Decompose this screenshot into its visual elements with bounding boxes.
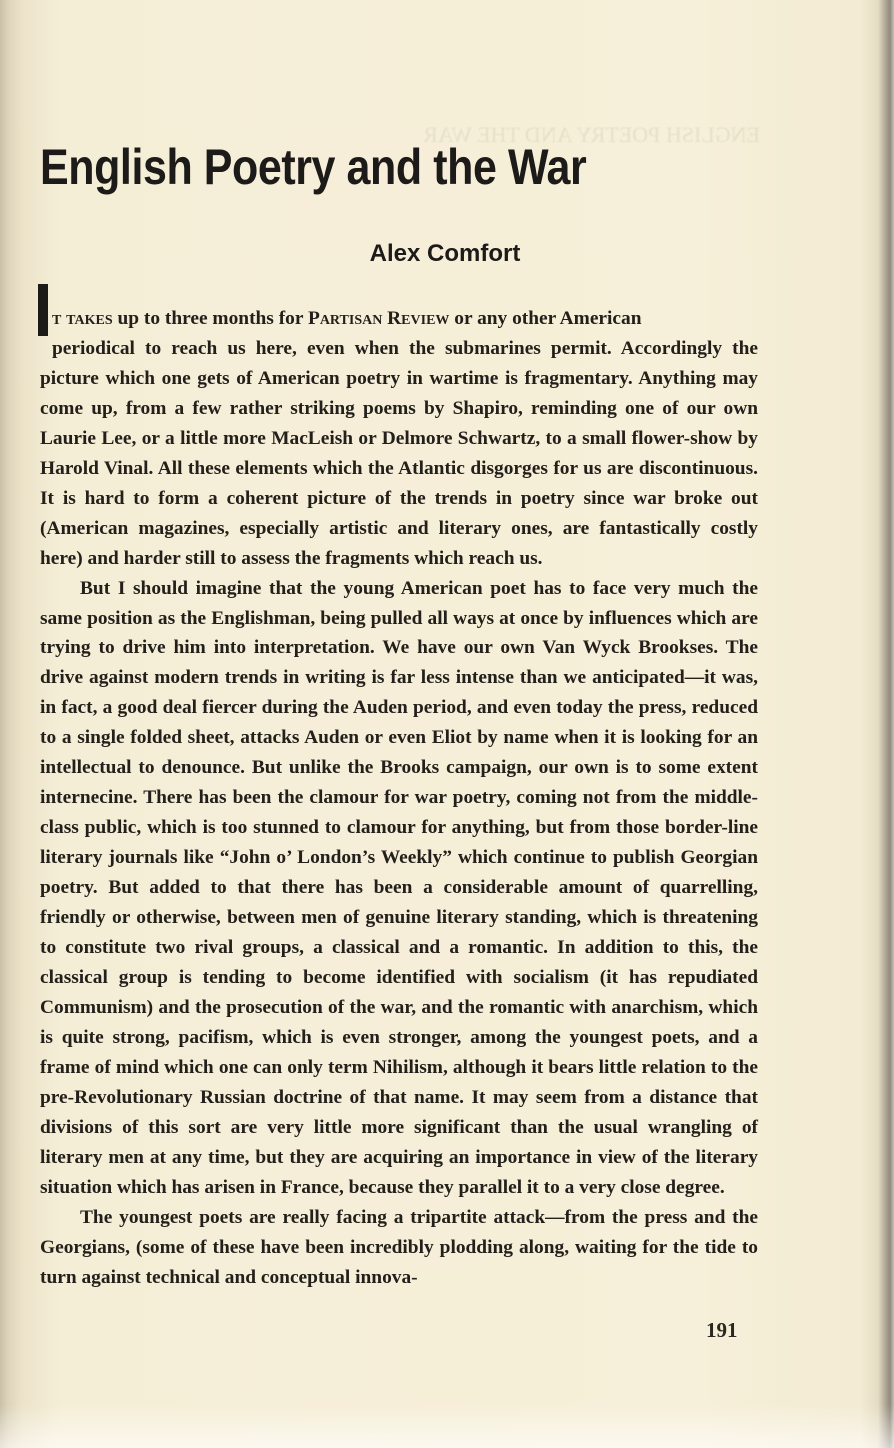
first-line-text-end: or any other American	[449, 308, 641, 329]
opening-words: t takes	[52, 308, 113, 329]
paragraph-2: But I should imagine that the young Amer…	[40, 574, 758, 1203]
paragraph-1: t takes up to three months for Partisan …	[40, 278, 758, 574]
first-line: t takes up to three months for Partisan …	[40, 278, 758, 334]
article-title: English Poetry and the War	[40, 137, 586, 197]
paragraph-3: The youngest poets are really facing a t…	[40, 1203, 758, 1293]
publication-name: Partisan Review	[308, 308, 449, 329]
author-name: Alex Comfort	[370, 239, 521, 269]
drop-cap-glyph	[38, 284, 48, 336]
scanned-page: ENGLISH POETRY AND THE WAR English Poetr…	[0, 0, 894, 1448]
first-line-text: up to three months for	[113, 308, 308, 329]
drop-cap	[38, 282, 48, 338]
article-author: Alex Comfort	[0, 239, 894, 269]
page-number: 191	[706, 1316, 738, 1344]
article-body: t takes up to three months for Partisan …	[40, 278, 758, 1292]
paragraph-1-text: periodical to reach us here, even when t…	[40, 338, 758, 569]
